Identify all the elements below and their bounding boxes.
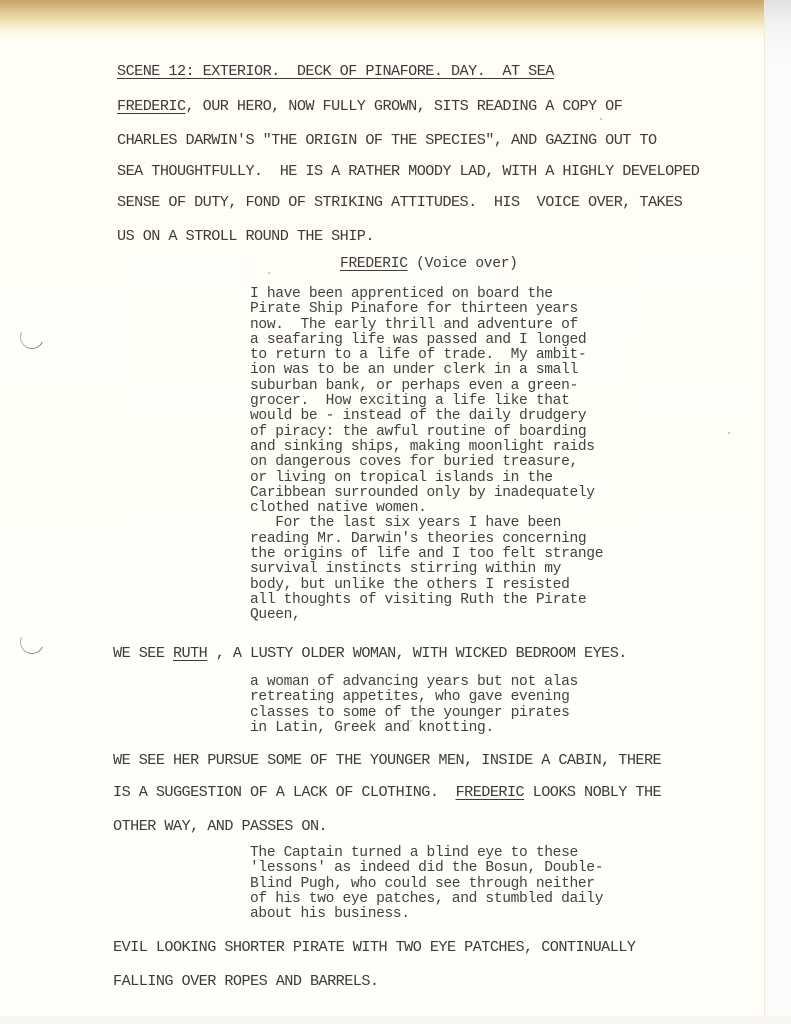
paper-speck: [728, 432, 730, 434]
character-name-underlined: FREDERIC: [456, 783, 525, 801]
scanner-edge-strip: [764, 0, 791, 1024]
dialogue-block-3: The Captain turned a blind eye to these …: [250, 846, 603, 922]
action-line: SENSE OF DUTY, FOND OF STRIKING ATTITUDE…: [117, 193, 682, 211]
action-line: WE SEE HER PURSUE SOME OF THE YOUNGER ME…: [113, 751, 661, 769]
character-cue-parenthetical: (Voice over): [408, 256, 518, 272]
character-name-underlined: RUTH: [173, 644, 207, 662]
action-text: , A LUSTY OLDER WOMAN, WITH WICKED BEDRO…: [207, 644, 627, 662]
action-line: FALLING OVER ROPES AND BARRELS.: [113, 972, 378, 990]
paper-speck: [268, 272, 270, 274]
action-text: LOOKS NOBLY THE: [524, 783, 661, 801]
action-text: WE SEE: [113, 644, 173, 662]
action-line: OTHER WAY, AND PASSES ON.: [113, 817, 327, 835]
paper-speck: [410, 720, 412, 722]
scanner-bottom-edge: [0, 1016, 791, 1024]
action-line: FREDERIC, OUR HERO, NOW FULLY GROWN, SIT…: [117, 97, 622, 115]
character-name-underlined: FREDERIC: [117, 97, 186, 115]
action-line: SEA THOUGHTFULLY. HE IS A RATHER MOODY L…: [117, 162, 699, 180]
action-text: IS A SUGGESTION OF A LACK OF CLOTHING.: [113, 783, 456, 801]
dialogue-block-1: I have been apprenticed on board the Pir…: [250, 287, 603, 624]
character-cue-name: FREDERIC: [340, 256, 408, 272]
character-cue: FREDERIC (Voice over): [340, 256, 518, 272]
action-line-ruth: WE SEE RUTH , A LUSTY OLDER WOMAN, WITH …: [113, 644, 627, 662]
scene-heading: SCENE 12: EXTERIOR. DECK OF PINAFORE. DA…: [117, 62, 554, 80]
paper-speck: [600, 118, 602, 120]
action-line: US ON A STROLL ROUND THE SHIP.: [117, 227, 374, 245]
dialogue-block-2: a woman of advancing years but not alas …: [250, 675, 578, 736]
action-line: CHARLES DARWIN'S "THE ORIGIN OF THE SPEC…: [117, 131, 657, 149]
action-line: EVIL LOOKING SHORTER PIRATE WITH TWO EYE…: [113, 938, 635, 956]
action-text: , OUR HERO, NOW FULLY GROWN, SITS READIN…: [186, 97, 623, 115]
action-line: IS A SUGGESTION OF A LACK OF CLOTHING. F…: [113, 783, 661, 801]
